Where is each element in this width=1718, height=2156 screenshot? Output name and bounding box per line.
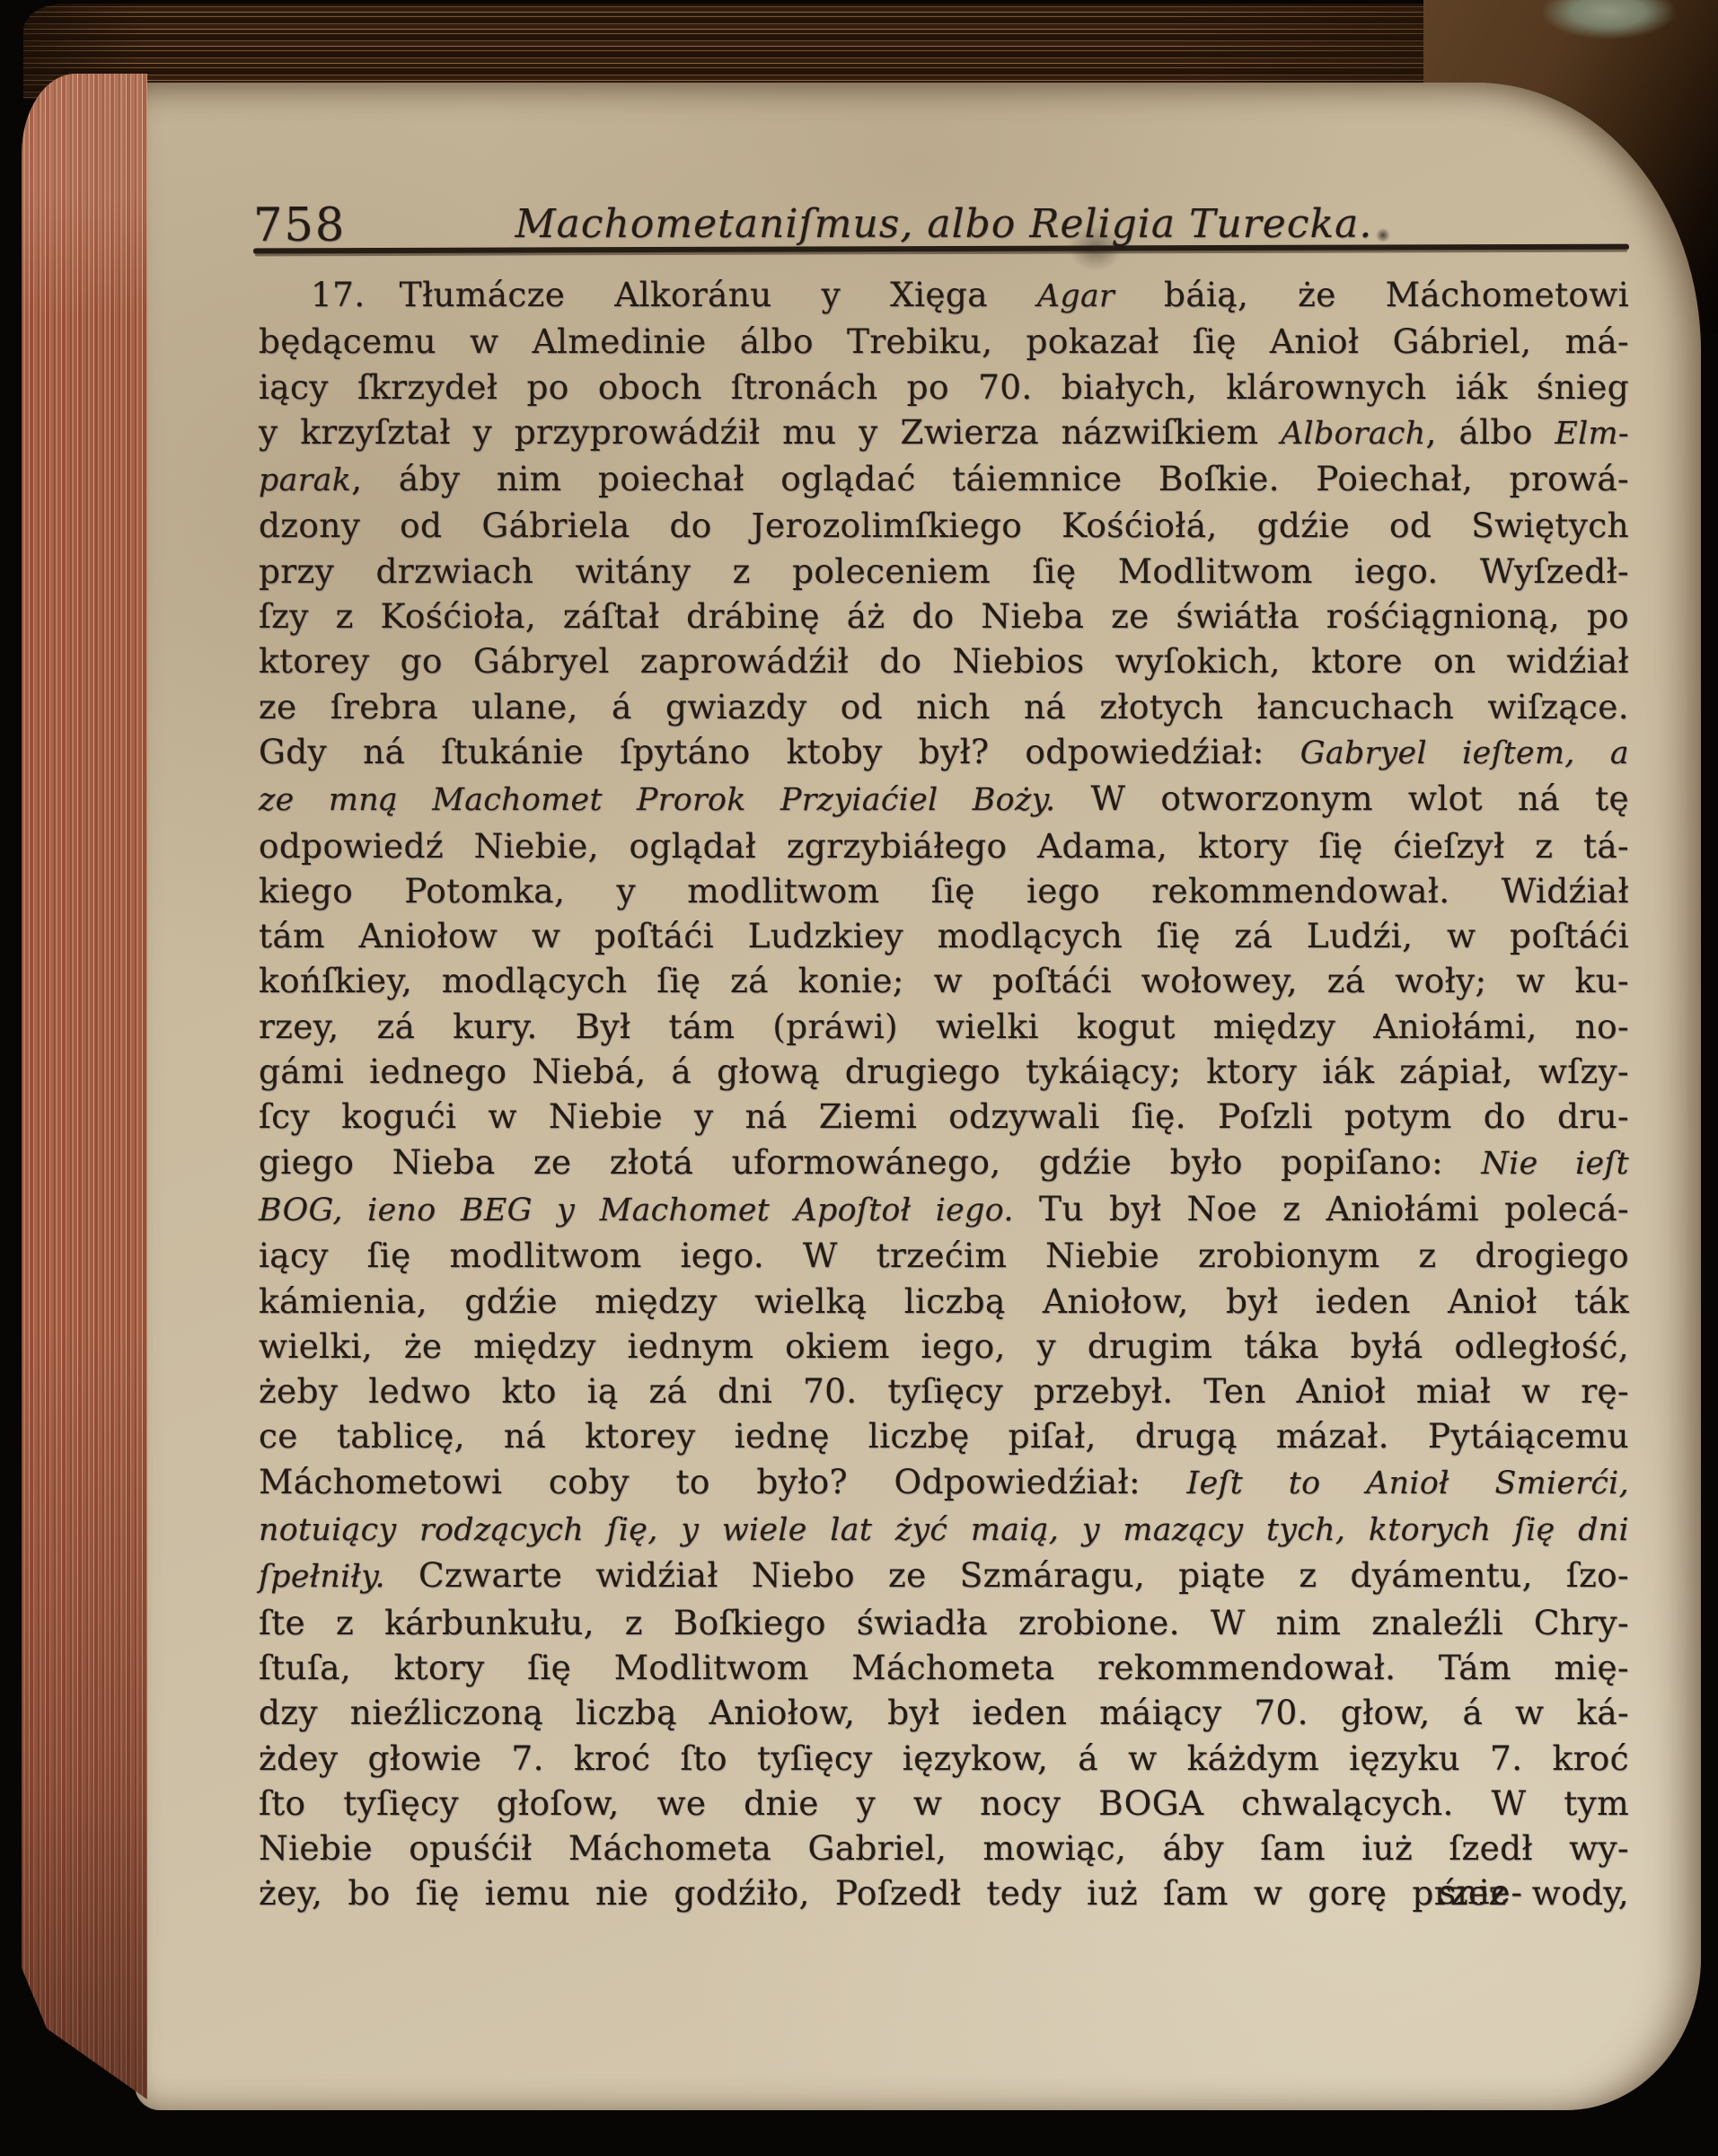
text-line: dzy nieźliczoną liczbą Aniołow, był iede… (259, 1690, 1629, 1735)
roman-text-segment: y krzyſztał y przyprowádźił mu y Zwierza… (259, 412, 1281, 452)
roman-text-segment: tám Aniołow w poſtáći Ludzkiey modlących… (259, 916, 1629, 955)
text-line: BOG, ieno BEG y Machomet Apoſtoł iego. T… (259, 1186, 1629, 1233)
text-line: ſtuſa, ktory ſię Modlitwom Máchometa rek… (259, 1645, 1629, 1690)
roman-text-segment: giego Nieba ze złotá uformowánego, gdźie… (259, 1142, 1481, 1182)
roman-text-segment: Máchometowi coby to było? Odpowiedźiał: (259, 1462, 1187, 1501)
roman-text-segment: iący ſkrzydeł po oboch ſtronách po 70. b… (259, 367, 1629, 407)
italic-text-segment: Gabryel ieſtem, a (1300, 735, 1629, 771)
roman-text-segment: kámienia, gdźie między wielką liczbą Ani… (259, 1281, 1629, 1321)
italic-text-segment: Alborach (1281, 416, 1425, 452)
roman-text-segment: żeby ledwo kto ią zá dni 70. tyſięcy prz… (259, 1371, 1629, 1411)
text-line: dzony od Gábriela do Jerozolimſkiego Koś… (259, 503, 1629, 548)
text-line: Gdy ná ſtukánie ſpytáno ktoby był? odpow… (259, 729, 1629, 776)
roman-text-segment: będącemu w Almedinie álbo Trebiku, pokaz… (259, 321, 1629, 361)
roman-text-segment: dzony od Gábriela do Jerozolimſkiego Koś… (259, 506, 1629, 545)
text-line: ſzy z Kośćioła, záſtał drábinę áż do Nie… (259, 594, 1629, 638)
italic-text-segment: Ieſt to Anioł Smierći, (1187, 1465, 1630, 1501)
text-line: iący ſię modlitwom iego. W trzećim Niebi… (259, 1233, 1629, 1278)
text-line: żeby ledwo kto ią zá dni 70. tyſięcy prz… (259, 1368, 1629, 1413)
italic-text-segment: Elm- (1555, 416, 1629, 452)
roman-text-segment: , álbo (1426, 412, 1555, 452)
ink-blot (1376, 228, 1390, 242)
text-line: rzey, zá kury. Był tám (práwi) wielki ko… (259, 1004, 1629, 1049)
text-line: giego Nieba ze złotá uformowánego, gdźie… (259, 1140, 1629, 1186)
italic-text-segment: parak (259, 462, 351, 498)
text-line: kiego Potomka, y modlitwom ſię iego reko… (259, 868, 1629, 913)
book-fore-edge (22, 74, 147, 2099)
roman-text-segment: ſzy z Kośćioła, záſtał drábinę áż do Nie… (259, 596, 1629, 636)
text-line: Máchometowi coby to było? Odpowiedźiał: … (259, 1459, 1629, 1506)
roman-text-segment: ze ſrebra ulane, á gwiazdy od nich ná zł… (259, 687, 1629, 726)
italic-text-segment: notuiący rodzących ſię, y wiele lat żyć … (259, 1512, 1629, 1548)
text-line: ſto tyſięcy głoſow, we dnie y w nocy BOG… (259, 1781, 1629, 1826)
roman-text-segment: wielki, że między iednym okiem iego, y d… (259, 1326, 1629, 1366)
roman-text-segment: ſte z kárbunkułu, z Boſkiego świadła zro… (259, 1603, 1629, 1642)
italic-text-segment: Nie ieſt (1481, 1146, 1629, 1182)
roman-text-segment: odpowiedź Niebie, oglądał zgrzybiáłego A… (259, 826, 1629, 866)
roman-text-segment: 17. Tłumácze Alkoránu y Xięga (311, 275, 1037, 314)
italic-text-segment: BOG, ieno BEG y Machomet Apoſtoł iego. (259, 1192, 1014, 1228)
text-line: ce tablicę, ná ktorey iednę liczbę piſał… (259, 1413, 1629, 1458)
text-line: ze mną Machomet Prorok Przyiaćiel Boży. … (259, 776, 1629, 823)
roman-text-segment: báią, że Máchometowi (1114, 275, 1629, 314)
text-line: ze ſrebra ulane, á gwiazdy od nich ná zł… (259, 684, 1629, 729)
text-line: żdey głowie 7. kroć ſto tyſięcy ięzykow,… (259, 1736, 1629, 1781)
roman-text-segment: rzey, zá kury. Był tám (práwi) wielki ko… (259, 1007, 1629, 1046)
roman-text-segment: Gdy ná ſtukánie ſpytáno ktoby był? odpow… (259, 732, 1300, 771)
text-line: notuiący rodzących ſię, y wiele lat żyć … (259, 1506, 1629, 1553)
running-title: Machometaniſmus, albo Religia Turecka. (259, 201, 1629, 247)
roman-text-segment: ſtuſa, ktory ſię Modlitwom Máchometa rek… (259, 1648, 1629, 1687)
text-line: kámienia, gdźie między wielką liczbą Ani… (259, 1279, 1629, 1324)
roman-text-segment: Tu był Noe z Aniołámi polecá- (1014, 1189, 1629, 1228)
text-line: odpowiedź Niebie, oglądał zgrzybiáłego A… (259, 823, 1629, 868)
text-line: ktorey go Gábryel zaprowádźił do Niebios… (259, 638, 1629, 683)
roman-text-segment: ce tablicę, ná ktorey iednę liczbę piſał… (259, 1416, 1629, 1456)
text-line: tám Aniołow w poſtáći Ludzkiey modlących… (259, 913, 1629, 958)
roman-text-segment: przy drzwiach witány z poleceniem ſię Mo… (259, 551, 1629, 591)
text-line: Niebie opuśćił Máchometa Gabriel, mowiąc… (259, 1826, 1629, 1870)
roman-text-segment: końſkiey, modlących ſię zá konie; w poſt… (259, 961, 1629, 1000)
text-line: przy drzwiach witány z poleceniem ſię Mo… (259, 549, 1629, 594)
roman-text-segment: , áby nim poiechał oglądać táiemnice Boſ… (351, 459, 1629, 498)
roman-text-segment: W otworzonym wlot ná tę (1055, 779, 1629, 818)
roman-text-segment: dzy nieźliczoną liczbą Aniołow, był iede… (259, 1693, 1629, 1732)
italic-text-segment: Agar (1037, 278, 1114, 314)
text-line: ſpełniły. Czwarte widźiał Niebo ze Szmár… (259, 1553, 1629, 1599)
roman-text-segment: ſto tyſięcy głoſow, we dnie y w nocy BOG… (259, 1783, 1629, 1823)
italic-text-segment: ze mną Machomet Prorok Przyiaćiel Boży. (259, 782, 1055, 818)
roman-text-segment: iący ſię modlitwom iego. W trzećim Niebi… (259, 1236, 1629, 1275)
roman-text-segment: żdey głowie 7. kroć ſto tyſięcy ięzykow,… (259, 1738, 1629, 1778)
roman-text-segment: ktorey go Gábryel zaprowádźił do Niebios… (259, 641, 1629, 681)
text-line: będącemu w Almedinie álbo Trebiku, pokaz… (259, 319, 1629, 364)
text-line: końſkiey, modlących ſię zá konie; w poſt… (259, 958, 1629, 1003)
roman-text-segment: Niebie opuśćił Máchometa Gabriel, mowiąc… (259, 1828, 1629, 1868)
text-line: ſcy kogući w Niebie y ná Ziemi odzywali … (259, 1094, 1629, 1139)
roman-text-segment: kiego Potomka, y modlitwom ſię iego reko… (259, 871, 1629, 911)
text-line: iący ſkrzydeł po oboch ſtronách po 70. b… (259, 365, 1629, 409)
scanned-book-photo: 758 Machometaniſmus, albo Religia Tureck… (0, 0, 1718, 2156)
body-text: 17. Tłumácze Alkoránu y Xięga Agar báią,… (259, 272, 1629, 1916)
text-line: wielki, że między iednym okiem iego, y d… (259, 1324, 1629, 1368)
roman-text-segment: gámi iednego Niebá, á głową drugiego tyk… (259, 1052, 1629, 1091)
text-line: ſte z kárbunkułu, z Boſkiego świadła zro… (259, 1600, 1629, 1645)
text-line: gámi iednego Niebá, á głową drugiego tyk… (259, 1049, 1629, 1094)
italic-text-segment: ſpełniły. (259, 1559, 385, 1595)
roman-text-segment: ſcy kogući w Niebie y ná Ziemi odzywali … (259, 1096, 1629, 1136)
text-line: 17. Tłumácze Alkoránu y Xięga Agar báią,… (259, 272, 1629, 319)
catchword: śnie- (259, 1873, 1523, 1912)
text-line: y krzyſztał y przyprowádźił mu y Zwierza… (259, 409, 1629, 456)
text-line: parak, áby nim poiechał oglądać táiemnic… (259, 456, 1629, 503)
roman-text-segment: Czwarte widźiał Niebo ze Szmáragu, piąte… (385, 1555, 1629, 1595)
